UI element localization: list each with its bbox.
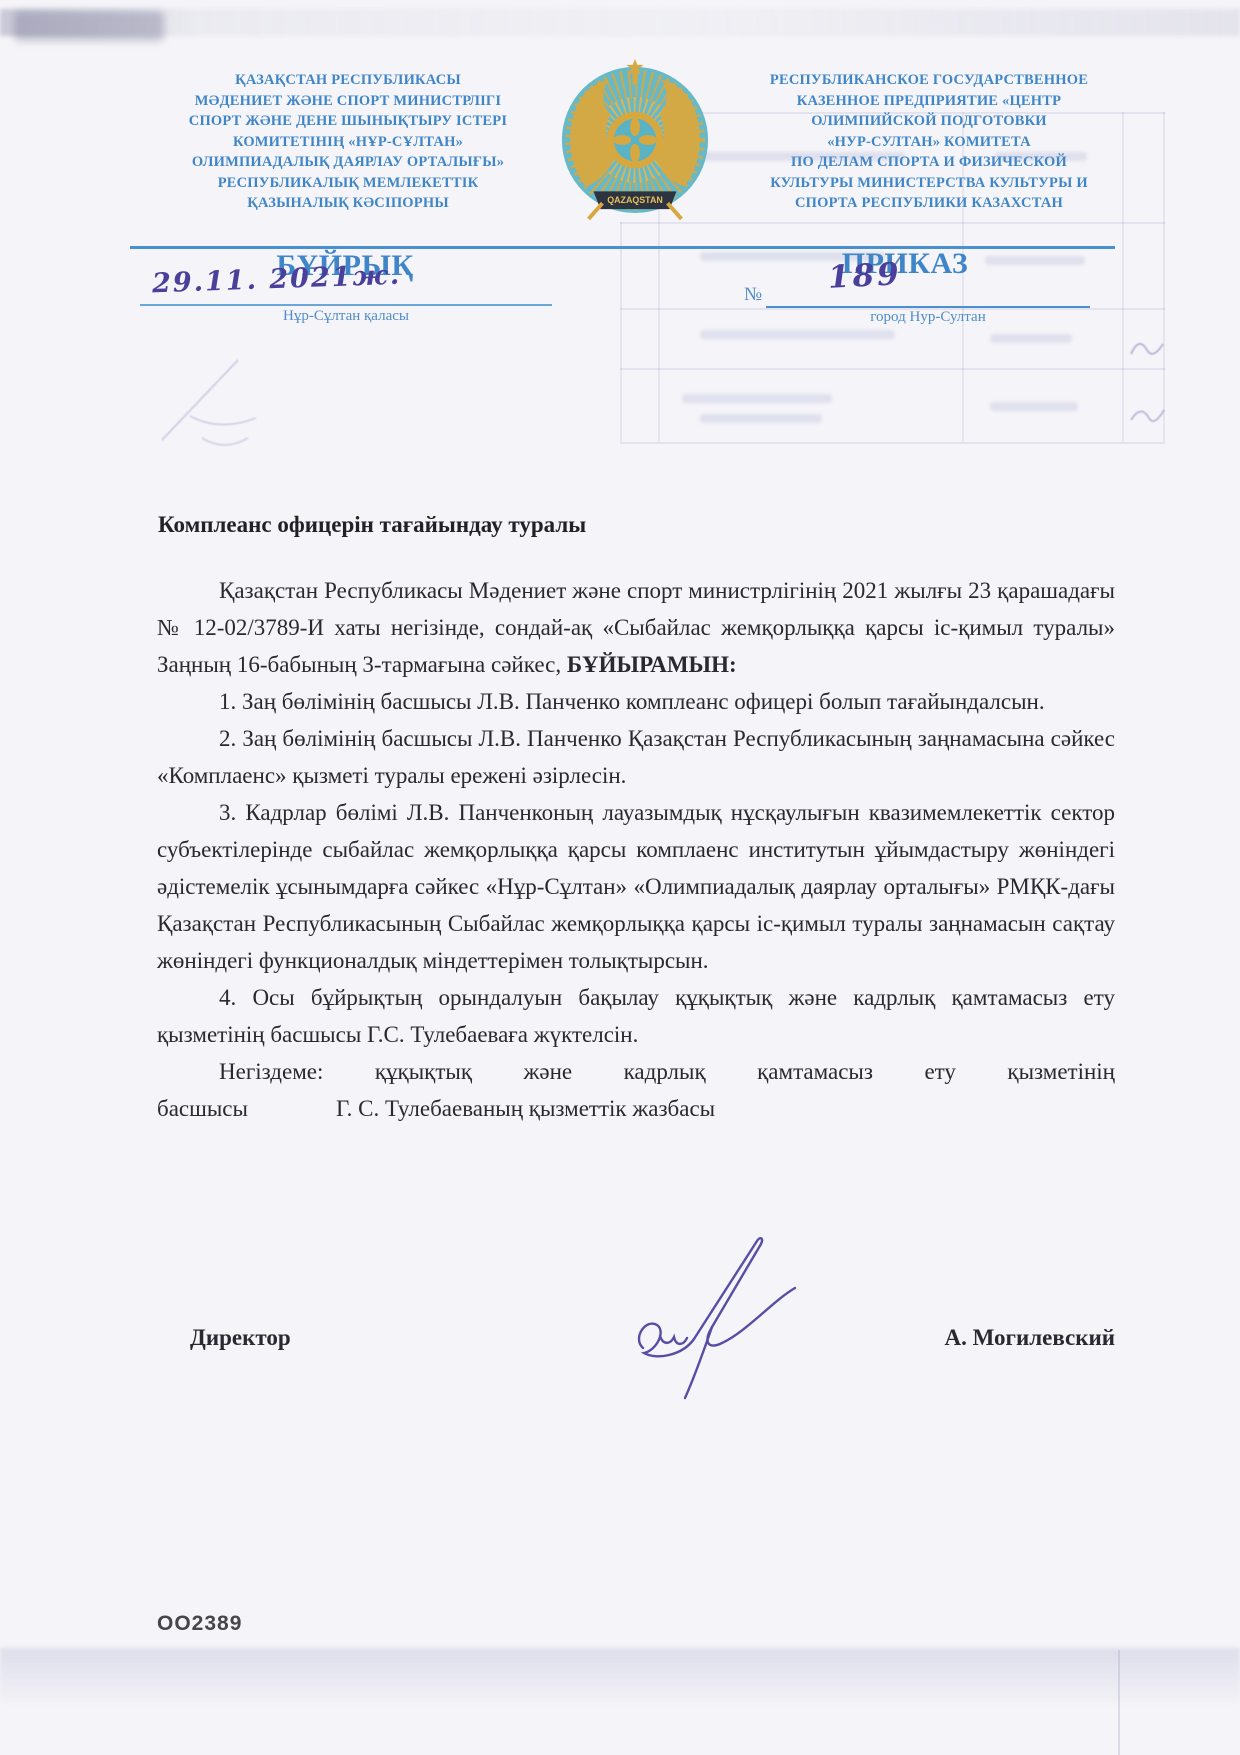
director-signature-handwritten	[598, 1226, 808, 1411]
org-line: РЕСПУБЛИКАНСКОЕ ГОСУДАРСТВЕННОЕ	[733, 70, 1125, 91]
org-line: ПО ДЕЛАМ СПОРТА И ФИЗИЧЕСКОЙ	[733, 152, 1125, 173]
signature-name: А. Могилевский	[905, 1325, 1115, 1351]
org-line: ОЛИМПИАДАЛЫҚ ДАЯРЛАУ ОРТАЛЫҒЫ»	[148, 152, 548, 173]
order-number-label: №	[744, 284, 762, 306]
ghost-text-smudge	[700, 414, 822, 423]
order-number-handwritten: 189	[827, 256, 903, 296]
org-line: КОМИТЕТІНІҢ «НҰР-СҰЛТАН»	[148, 132, 548, 153]
ghost-handwriting-mark	[1125, 396, 1170, 436]
org-line: ОЛИМПИЙСКОЙ ПОДГОТОВКИ	[733, 111, 1125, 132]
ghost-line	[620, 222, 622, 442]
ghost-line	[1163, 112, 1165, 442]
org-line: «НУР-СУЛТАН» КОМИТЕТА	[733, 132, 1125, 153]
org-line: КУЛЬТУРЫ МИНИСТЕРСТВА КУЛЬТУРЫ И	[733, 173, 1125, 194]
header-right-org: РЕСПУБЛИКАНСКОЕ ГОСУДАРСТВЕННОЕ КАЗЕННОЕ…	[733, 70, 1125, 214]
org-line: МӘДЕНИЕТ ЖӘНЕ СПОРТ МИНИСТРЛІГІ	[148, 91, 548, 112]
footer-code: ОО2389	[157, 1612, 242, 1636]
order-item-3: 3. Кадрлар бөлімі Л.В. Панченконың лауаз…	[157, 794, 1115, 979]
ghost-text-smudge	[682, 394, 832, 403]
basis-role: басшысы	[157, 1096, 248, 1121]
scan-artifact-bottom-band	[0, 1648, 1240, 1702]
scanned-order-document: ҚАЗАҚСТАН РЕСПУБЛИКАСЫ МӘДЕНИЕТ ЖӘНЕ СПО…	[0, 0, 1240, 1755]
ghost-text-smudge	[990, 334, 1072, 343]
order-city-kk: Нұр-Сұлтан қаласы	[140, 308, 552, 325]
order-item-4: 4. Осы бұйрықтың орындалуын бақылау құқы…	[157, 979, 1115, 1053]
basis-line-2: басшысыГ. С. Тулебаеваның қызметтік жазб…	[157, 1090, 1115, 1127]
header-left-org: ҚАЗАҚСТАН РЕСПУБЛИКАСЫ МӘДЕНИЕТ ЖӘНЕ СПО…	[148, 70, 548, 214]
signature-title: Директор	[190, 1325, 291, 1351]
order-body: Қазақстан Республикасы Мәдениет және спо…	[157, 572, 1115, 1127]
scan-artifact-fold-line	[1118, 1650, 1120, 1755]
order-number-line	[766, 306, 1090, 308]
emblem-banner-text: QAZAQSTAN	[607, 195, 663, 205]
ghost-line	[620, 368, 1165, 370]
org-line: РЕСПУБЛИКАЛЫҚ МЕМЛЕКЕТТІК	[148, 173, 548, 194]
org-line: ҚАЗЫНАЛЫҚ КӘСІПОРНЫ	[148, 193, 548, 214]
basis-paragraph: Негіздеме: құқықтық және кадрлық қамтама…	[157, 1053, 1115, 1127]
basis-doc: Г. С. Тулебаеваның қызметтік жазбасы	[336, 1096, 715, 1121]
basis-line-1: Негіздеме: құқықтық және кадрлық қамтама…	[157, 1053, 1115, 1090]
ghost-text-smudge	[700, 330, 895, 339]
order-title-ru: ПРИКАЗ	[700, 247, 1110, 281]
order-item-2: 2. Заң бөлімінің басшысы Л.В. Панченко Қ…	[157, 720, 1115, 794]
order-city-ru: город Нур-Султан	[766, 309, 1090, 326]
org-line: КАЗЕННОЕ ПРЕДПРИЯТИЕ «ЦЕНТР	[733, 91, 1125, 112]
subject-title: Комплеанс офицерін тағайындау туралы	[158, 512, 958, 538]
pencil-scribbles	[140, 320, 320, 460]
ghost-text-smudge	[990, 402, 1078, 411]
order-item-1: 1. Заң бөлімінің басшысы Л.В. Панченко к…	[157, 683, 1115, 720]
kazakhstan-emblem-icon: QAZAQSTAN	[556, 52, 714, 224]
intro-resolve-word: БҰЙЫРАМЫН:	[567, 652, 737, 677]
org-line: СПОРТ ЖӘНЕ ДЕНЕ ШЫНЫҚТЫРУ ІСТЕРІ	[148, 111, 548, 132]
ghost-handwriting-mark	[1125, 328, 1170, 368]
org-line: ҚАЗАҚСТАН РЕСПУБЛИКАСЫ	[148, 70, 548, 91]
scan-artifact-top-band	[0, 9, 1240, 36]
org-line: СПОРТА РЕСПУБЛИКИ КАЗАХСТАН	[733, 193, 1125, 214]
ghost-line	[620, 442, 1165, 444]
paragraph-intro: Қазақстан Республикасы Мәдениет және спо…	[157, 572, 1115, 683]
order-date-line	[140, 304, 552, 306]
scan-artifact-corner-blob	[14, 11, 164, 41]
